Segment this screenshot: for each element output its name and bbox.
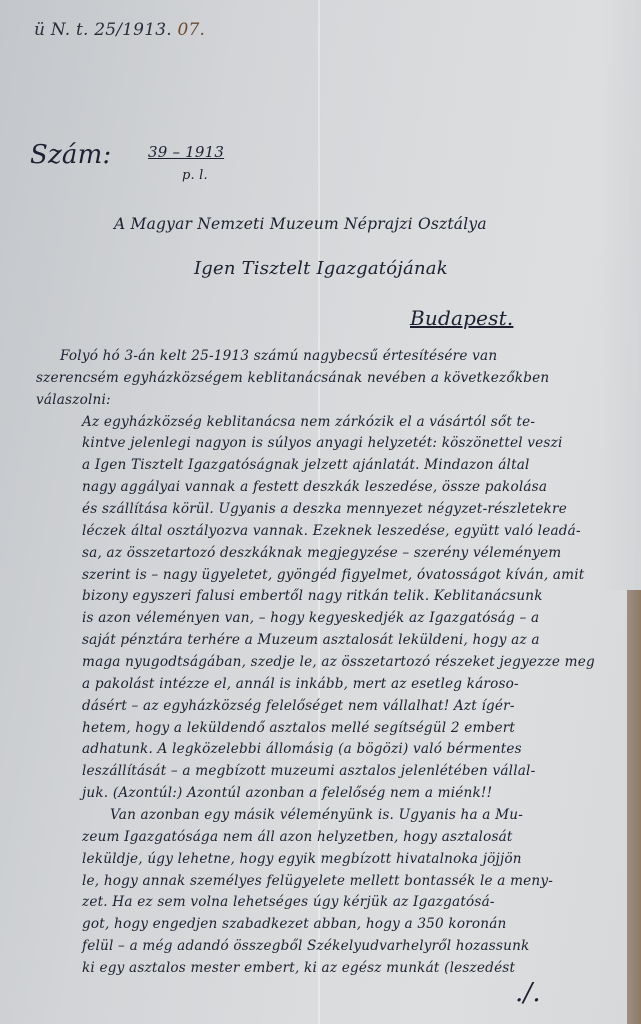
body-line: bizony egyszeri falusi embertől nagy rit… bbox=[82, 588, 543, 604]
number-sub: p. l. bbox=[182, 168, 208, 183]
body-line: maga nyugodtságában, szedje le, az össze… bbox=[82, 654, 595, 670]
body-line: a Igen Tisztelt Igazgatóságnak jelzett a… bbox=[82, 457, 530, 473]
body-line: és szállítása körül. Ugyanis a deszka me… bbox=[82, 501, 567, 517]
body-line: got, hogy engedjen szabadkezet abban, ho… bbox=[82, 916, 507, 932]
body-line: is azon véleményen van, – hogy kegyesked… bbox=[82, 610, 539, 626]
archive-reference: ü N. t. 25/1913. 07. bbox=[34, 20, 205, 40]
archive-prefix: ü bbox=[34, 20, 45, 40]
body-line: hetem, hogy a leküldendő asztalos mellé … bbox=[82, 720, 515, 736]
body-line: ki egy asztalos mester embert, ki az egé… bbox=[82, 960, 515, 976]
paper-shade bbox=[600, 0, 641, 590]
archive-ref-number: N. t. 25/1913. bbox=[51, 20, 172, 40]
body-line: felül – a még adandó összegből Székelyud… bbox=[82, 938, 529, 954]
addressee-line-1: A Magyar Nemzeti Muzeum Néprajzi Osztály… bbox=[114, 215, 487, 233]
archive-ref-suffix: 07. bbox=[177, 20, 205, 40]
addressee-line-2: Igen Tisztelt Igazgatójának bbox=[194, 258, 448, 279]
body-line: zeum Igazgatósága nem áll azon helyzetbe… bbox=[82, 829, 513, 845]
number-label: Szám: bbox=[30, 140, 111, 170]
addressee-city: Budapest. bbox=[410, 306, 513, 330]
body-line: saját pénztára terhére a Muzeum asztalos… bbox=[82, 632, 540, 648]
body-line: sa, az összetartozó deszkáknak megjegyzé… bbox=[82, 545, 561, 561]
number-value: 39 – 1913 bbox=[148, 143, 224, 161]
document-edge bbox=[627, 590, 641, 1024]
body-line: a pakolást intézze el, annál is inkább, … bbox=[82, 676, 519, 692]
body-line: kintve jelenlegi nagyon is súlyos anyagi… bbox=[82, 435, 563, 451]
body-line: le, hogy annak személyes felügyelete mel… bbox=[82, 873, 553, 889]
body-line: juk. (Azontúl:) Azontúl azonban a felelő… bbox=[82, 785, 492, 801]
body-line: leszállítását – a megbízott muzeumi aszt… bbox=[82, 763, 535, 779]
body-line: szerencsém egyházközségem keblitanácsána… bbox=[36, 370, 549, 386]
body-line: adhatunk. A legközelebbi állomásig (a bö… bbox=[82, 741, 522, 757]
page-continuation-mark: ./. bbox=[515, 978, 541, 1008]
body-line: válaszolni: bbox=[36, 392, 111, 408]
body-line: Van azonban egy másik véleményünk is. Ug… bbox=[110, 807, 523, 823]
body-line: Az egyházközség keblitanácsa nem zárkózi… bbox=[82, 414, 535, 430]
body-line: leküldje, úgy lehetne, hogy egyik megbíz… bbox=[82, 851, 522, 867]
body-line: nagy aggályai vannak a festett deszkák l… bbox=[82, 479, 547, 495]
body-line: zet. Ha ez sem volna lehetséges úgy kérj… bbox=[82, 894, 495, 910]
body-line: léczek által osztályozva vannak. Ezeknek… bbox=[82, 523, 581, 539]
body-line: dásért – az egyházközség felelőséget nem… bbox=[82, 698, 515, 714]
body-line: szerint is – nagy ügyeletet, gyöngéd fig… bbox=[82, 567, 584, 583]
body-line: Folyó hó 3-án kelt 25-1913 számú nagybec… bbox=[60, 348, 497, 364]
